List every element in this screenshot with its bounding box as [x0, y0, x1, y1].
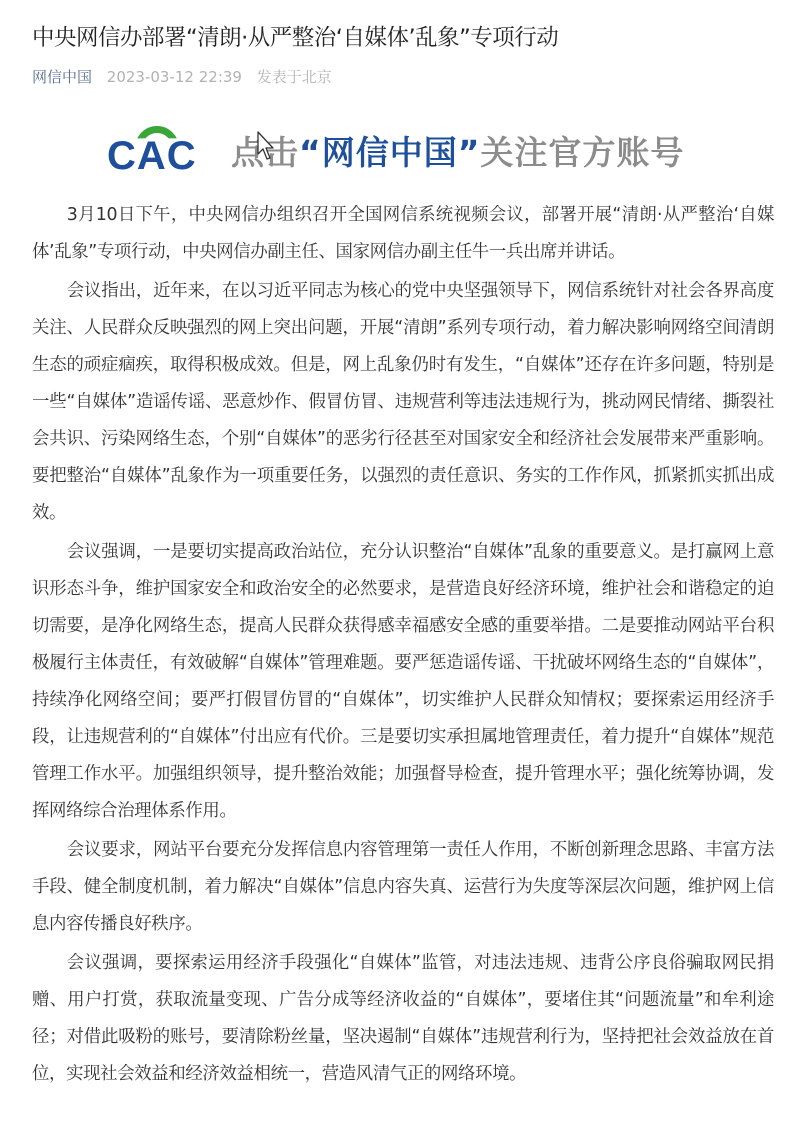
paragraph: 3月10日下午，中央网信办组织召开全国网信系统视频会议，部署开展“清朗·从严整治… [32, 197, 774, 271]
banner-text-highlight: “网信中国” [299, 133, 480, 172]
publish-datetime: 2023-03-12 22:39 [107, 68, 242, 86]
banner-text: 点击“网信中国”关注官方账号 [231, 127, 684, 174]
cac-logo: CAC [105, 120, 205, 180]
paragraph: 会议指出，近年来，在以习近平同志为核心的党中央坚强领导下，网信系统针对社会各界高… [32, 273, 774, 532]
cursor-arrow-icon [257, 131, 275, 161]
article-body: 3月10日下午，中央网信办组织召开全国网信系统视频会议，部署开展“清朗·从严整治… [32, 197, 774, 1095]
publish-location: 发表于北京 [257, 68, 332, 86]
paragraph: 会议强调，要探索运用经济手段强化“自媒体”监管，对违法违规、违背公序良俗骗取网民… [32, 945, 774, 1093]
paragraph: 会议要求，网站平台要充分发挥信息内容管理第一责任人作用，不断创新理念思路、丰富方… [32, 832, 774, 943]
article-page: 中央网信办部署“清朗·从严整治‘自媒体’乱象”专项行动 网信中国 2023-03… [0, 0, 804, 1121]
author-link[interactable]: 网信中国 [32, 68, 92, 86]
logo-text: CAC [107, 134, 197, 178]
article-title: 中央网信办部署“清朗·从严整治‘自媒体’乱象”专项行动 [32, 22, 772, 54]
banner-text-suffix: 关注官方账号 [480, 133, 684, 172]
article-meta: 网信中国 2023-03-12 22:39 发表于北京 [32, 66, 332, 88]
paragraph: 会议强调，一是要切实提高政治站位，充分认识整治“自媒体”乱象的重要意义。是打赢网… [32, 534, 774, 830]
follow-banner[interactable]: CAC 点击“网信中国”关注官方账号 [105, 116, 705, 184]
